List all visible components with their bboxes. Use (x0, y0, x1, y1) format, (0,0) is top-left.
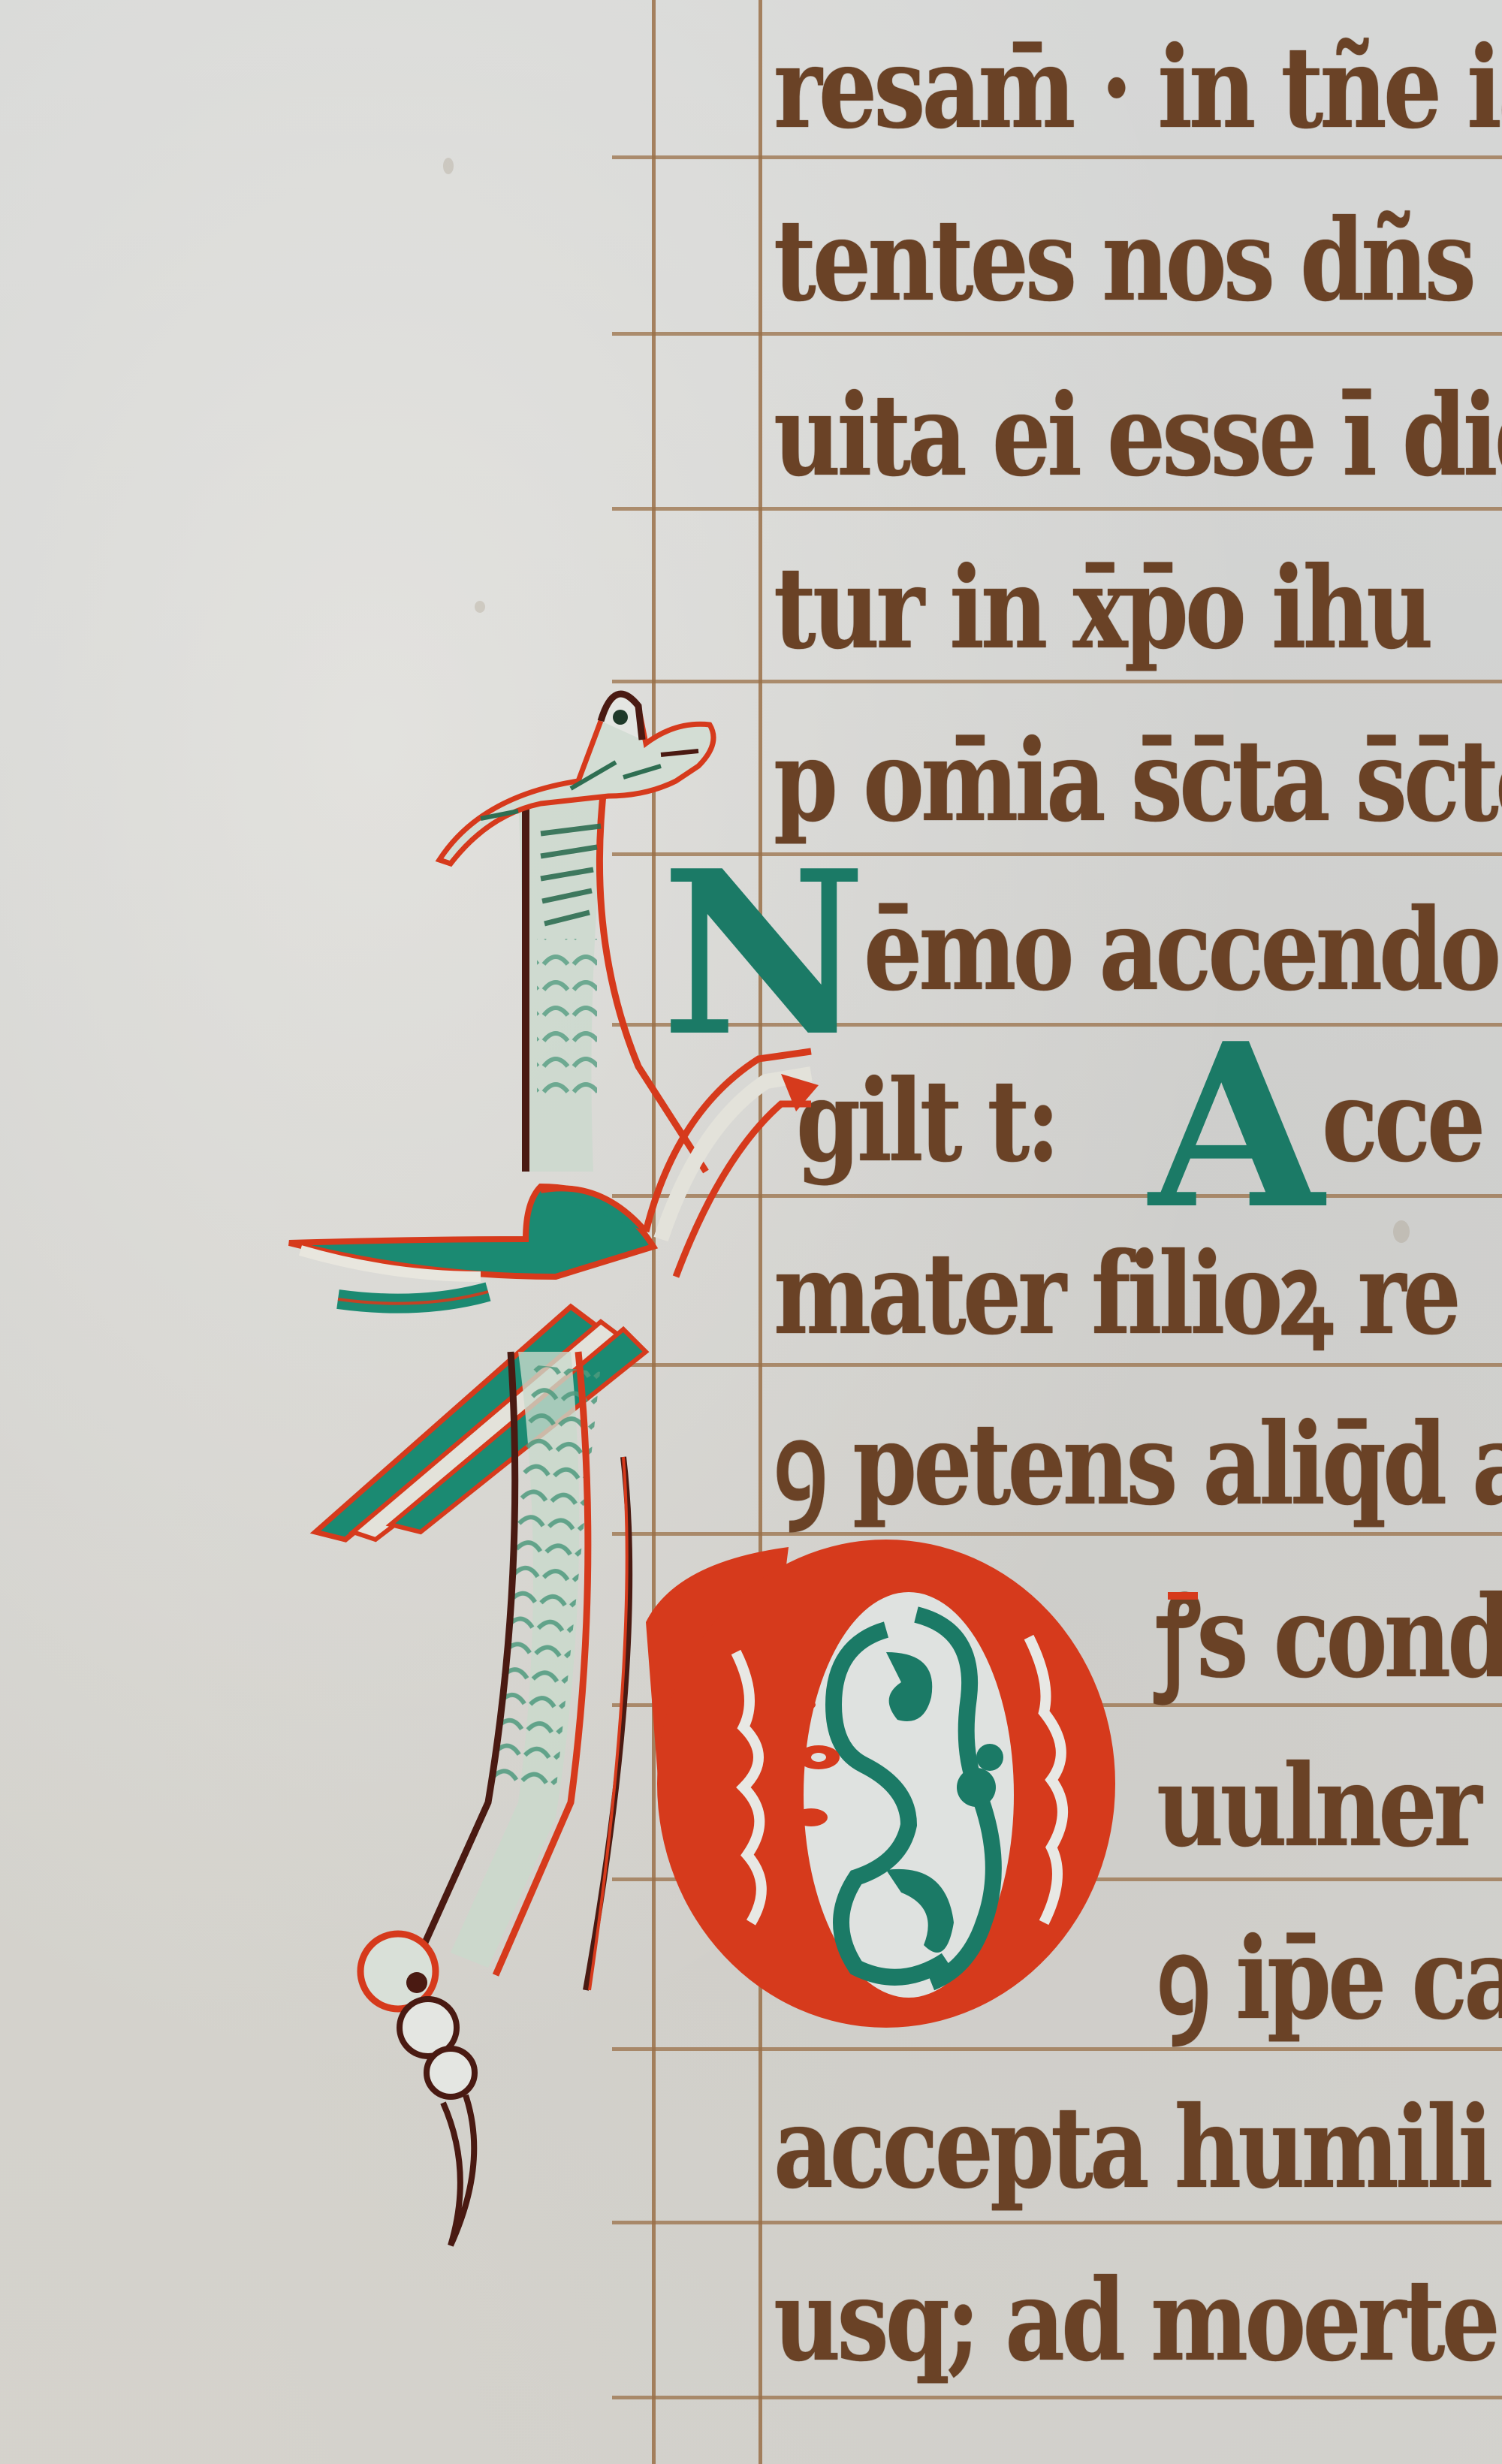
dragon-initial-icon (289, 694, 819, 2245)
red-rubric-mark (1168, 1592, 1198, 1600)
decorated-o-initial-icon (646, 1540, 1115, 2028)
manuscript-page: resam̄ · in tñe ia tentes nos dñs uita e… (0, 0, 1502, 2464)
illuminated-initials (0, 0, 1502, 2464)
